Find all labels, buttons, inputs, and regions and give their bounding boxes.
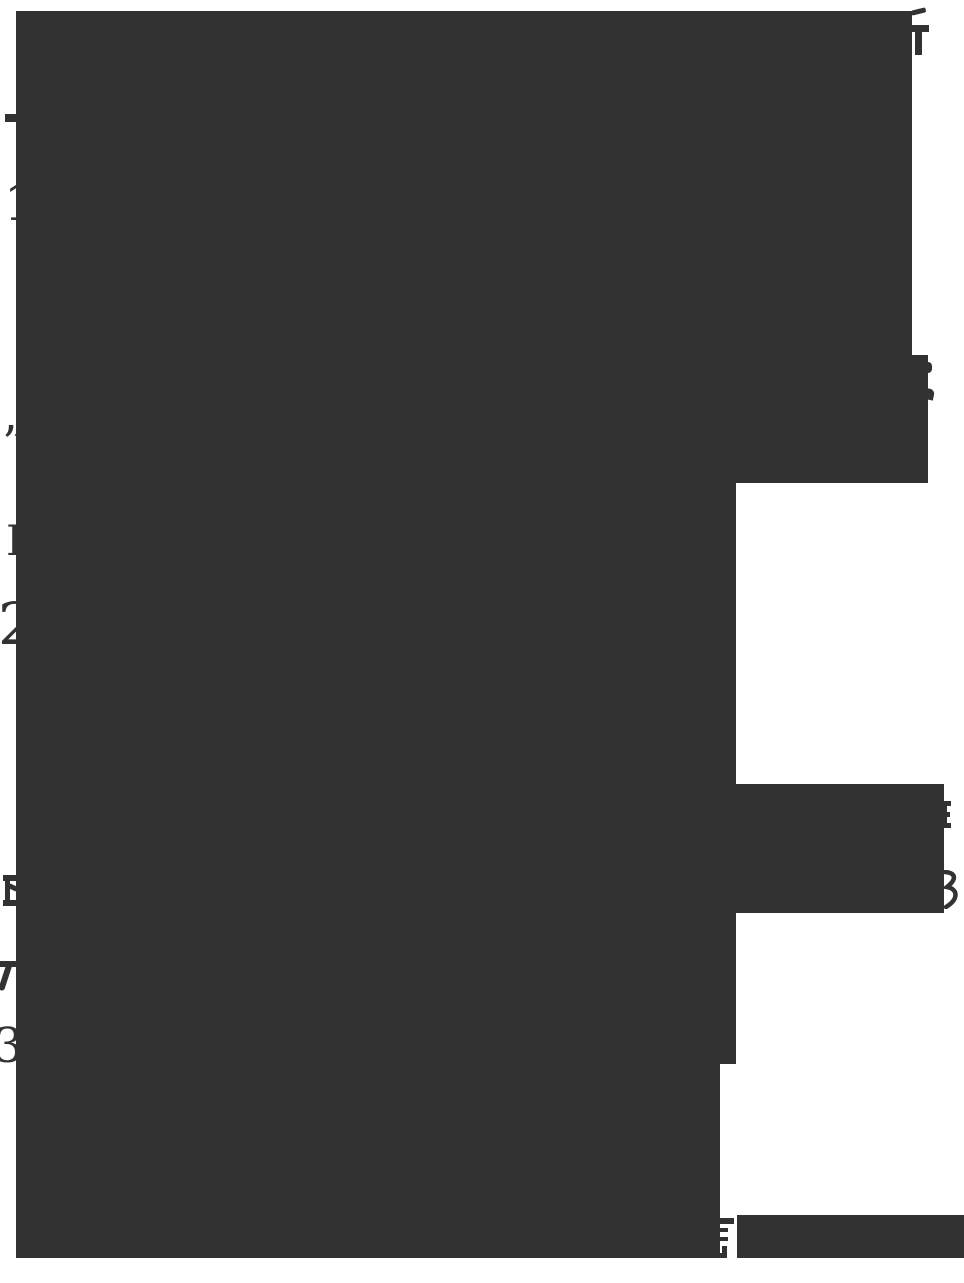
glyph-fragment-f: F xyxy=(0,522,16,564)
glyph-fragment-yan xyxy=(718,1215,734,1258)
fragment-f-text: F xyxy=(6,522,16,562)
glyph-fragment-mark2 xyxy=(927,389,934,400)
glyph-fragment-three: 3 xyxy=(0,1026,16,1070)
fragment-one-text: 1 xyxy=(4,183,16,228)
redacted-paragraph-top-right-extension xyxy=(912,355,928,483)
glyph-fragment-yi xyxy=(5,114,16,122)
document-page: 1 ” F 2 3 xyxy=(0,0,964,1283)
redacted-paragraph-top xyxy=(16,11,912,483)
redacted-paragraph-3-wide xyxy=(16,784,944,913)
fragment-two-text: 2 xyxy=(0,596,16,653)
redacted-paragraph-5 xyxy=(16,1064,720,1258)
glyph-fragment-e xyxy=(943,801,952,828)
glyph-fragment-da xyxy=(0,953,16,991)
glyph-fragment-one: 1 xyxy=(0,183,16,229)
glyph-fragment-deng xyxy=(944,870,959,909)
glyph-fragment-two: 2 xyxy=(0,596,16,658)
redacted-paragraph-2 xyxy=(16,483,736,784)
fragment-three-text: 3 xyxy=(0,1026,16,1070)
redacted-bottom-right-line xyxy=(737,1215,964,1258)
redacted-paragraph-4 xyxy=(16,913,736,1064)
glyph-fragment-qu xyxy=(3,872,16,910)
